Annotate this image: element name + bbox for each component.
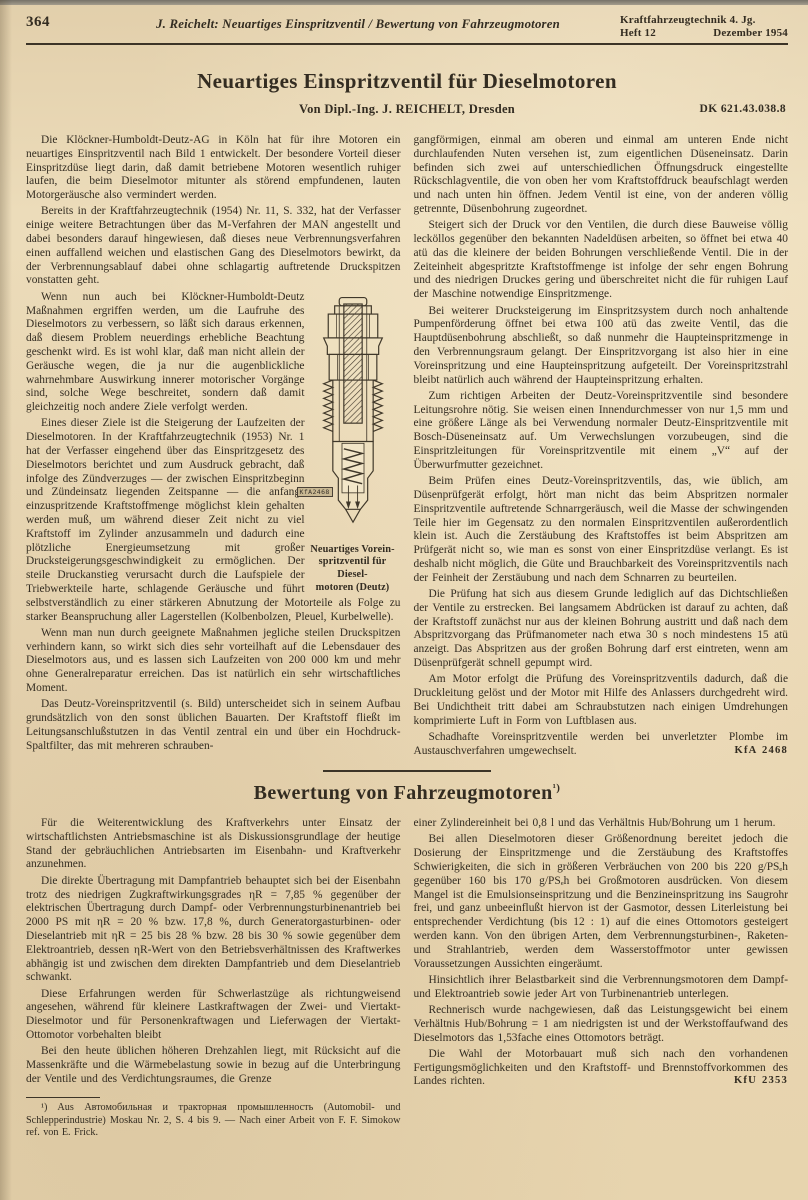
journal-volume: Kraftfahrzeugtechnik 4. Jg. <box>620 14 756 26</box>
footnote-rule <box>26 1097 100 1099</box>
paragraph: Bei weiterer Drucksteigerung im Einsprit… <box>414 305 789 388</box>
journal-issue: Heft 12 <box>620 27 656 40</box>
valve-cross-section-drawing <box>309 291 397 537</box>
paragraph: Die Wahl der Motorbauart muß sich nach d… <box>414 1048 789 1089</box>
article1-title: Neuartiges Einspritzventil für Dieselmot… <box>26 69 788 94</box>
paragraph-text: Schadhafte Voreinspritzventile werden be… <box>414 731 789 757</box>
figure-caption-line: spritzventil für Diesel- <box>305 556 401 581</box>
article2-columns: Für die Weiterentwicklung des Kraftverke… <box>26 817 788 1140</box>
kfu-code: KfU 2353 <box>734 1074 788 1088</box>
kfa-code: KfA 2468 <box>735 744 788 758</box>
article1-columns: Die Klöckner-Humboldt-Deutz-AG in Köln h… <box>26 134 788 761</box>
valve-figure: KfA2468 Neuartiges Vorein- spritzventil … <box>305 291 401 594</box>
paragraph: Bei allen Dieselmotoren dieser Größenord… <box>414 833 789 971</box>
article1-right-column: gangförmigen, einmal am oberen und einma… <box>414 134 789 761</box>
article1-dk-number: DK 621.43.038.8 <box>700 103 787 115</box>
footnote-block: ¹) Aus Автомобильная и тракторная промыш… <box>26 1097 401 1140</box>
paragraph: Bereits in der Kraftfahrzeugtechnik (195… <box>26 205 401 288</box>
figure-caption-line: motoren (Deutz) <box>305 582 401 595</box>
running-head: 364 J. Reichelt: Neuartiges Einspritzven… <box>26 14 788 40</box>
paragraph: Steigert sich der Druck vor den Ventilen… <box>414 219 789 302</box>
footnote-text: ¹) Aus Автомобильная и тракторная промыш… <box>26 1102 401 1140</box>
paragraph: Das Deutz-Voreinspritzventil (s. Bild) u… <box>26 698 401 753</box>
article1-byline: Von Dipl.-Ing. J. REICHELT, Dresden <box>26 102 788 117</box>
article2-left-column: Für die Weiterentwicklung des Kraftverke… <box>26 817 401 1140</box>
article-einspritzventil: Neuartiges Einspritzventil für Dieselmot… <box>26 69 788 761</box>
journal-page-scan: 364 J. Reichelt: Neuartiges Einspritzven… <box>0 0 808 1200</box>
article2-right-column: einer Zylindereinheit bei 0,8 l und das … <box>414 817 789 1140</box>
figure-stamp: KfA2468 <box>297 487 333 497</box>
paragraph: Die direkte Übertragung mit Dampfantrieb… <box>26 875 401 985</box>
paragraph: Bei den heute üblichen höheren Drehzahle… <box>26 1045 401 1086</box>
paragraph: Die Prüfung hat sich aus diesem Grunde l… <box>414 588 789 671</box>
article2-title-footnote-mark: ¹) <box>553 782 561 794</box>
header-rule <box>26 43 788 45</box>
paragraph: einer Zylindereinheit bei 0,8 l und das … <box>414 817 789 831</box>
page-number: 364 <box>26 14 96 31</box>
paragraph: gangförmigen, einmal am oberen und einma… <box>414 134 789 217</box>
paragraph: Für die Weiterentwicklung des Kraftverke… <box>26 817 401 872</box>
paragraph: Schadhafte Voreinspritzventile werden be… <box>414 731 789 759</box>
paragraph: Zum richtigen Arbeiten der Deutz-Voreins… <box>414 390 789 473</box>
journal-date: Dezember 1954 <box>713 27 788 40</box>
figure-caption-line: Neuartiges Vorein- <box>305 544 401 557</box>
article-bewertung: Bewertung von Fahrzeugmotoren¹) Für die … <box>26 782 788 1140</box>
paragraph: Beim Prüfen eines Deutz-Voreinspritzvent… <box>414 475 789 585</box>
article1-byline-row: Von Dipl.-Ing. J. REICHELT, Dresden DK 6… <box>26 102 788 120</box>
paragraph: Rechnerisch wurde nachgewiesen, daß das … <box>414 1004 789 1045</box>
paragraph: Am Motor erfolgt die Prüfung des Voreins… <box>414 673 789 728</box>
paragraph-text: Die Wahl der Motorbauart muß sich nach d… <box>414 1048 789 1088</box>
paragraph: Wenn man nun durch geeignete Maßnahmen j… <box>26 627 401 696</box>
paragraph: Die Klöckner-Humboldt-Deutz-AG in Köln h… <box>26 134 401 203</box>
running-title: J. Reichelt: Neuartiges Einspritzventil … <box>96 14 620 32</box>
figure-caption: Neuartiges Vorein- spritzventil für Dies… <box>305 544 401 594</box>
paragraph: Diese Erfahrungen werden für Schwerlastz… <box>26 988 401 1043</box>
article-separator-rule <box>323 770 491 772</box>
article2-title-text: Bewertung von Fahrzeugmotoren <box>254 782 553 804</box>
paragraph: Hinsichtlich ihrer Belastbarkeit sind di… <box>414 974 789 1002</box>
journal-info: Kraftfahrzeugtechnik 4. Jg. Heft 12 Deze… <box>620 14 788 40</box>
article2-title: Bewertung von Fahrzeugmotoren¹) <box>26 782 788 805</box>
article1-left-column: Die Klöckner-Humboldt-Deutz-AG in Köln h… <box>26 134 401 761</box>
